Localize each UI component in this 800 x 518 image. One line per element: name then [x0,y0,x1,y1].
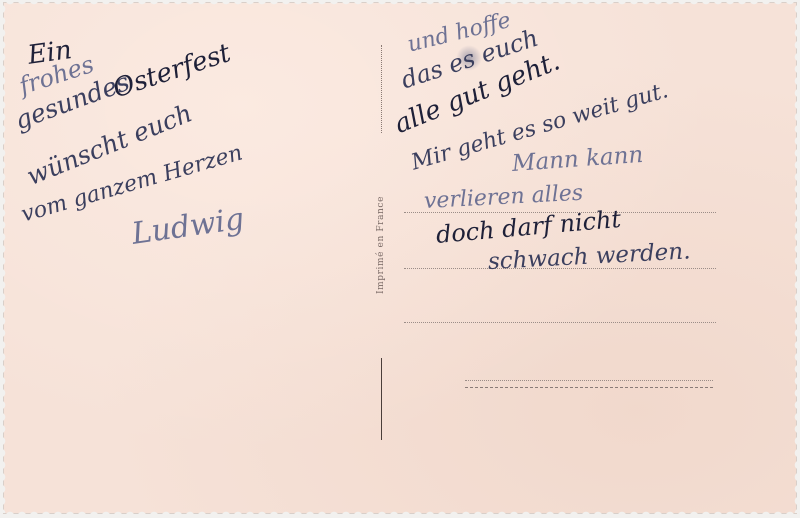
deckled-edge-right [793,3,799,513]
address-line-3 [404,322,716,323]
handwriting-line: Osterfest [109,38,234,104]
handwriting-signature: Ludwig [130,201,247,251]
center-divider-lower [381,358,382,440]
address-line-4 [465,380,713,381]
handwriting-line: Mann kann [511,142,644,177]
deckled-edge-top [4,0,796,6]
center-divider-upper [381,45,383,133]
deckled-edge-left [1,3,7,513]
address-line-4-underline [465,387,713,388]
handwriting-line: verlieren alles [423,181,583,214]
handwriting-line: schwach werden. [487,238,691,275]
imprint-label: Imprimé en France [376,196,386,294]
deckled-edge-bottom [4,510,796,516]
postcard-back: Imprimé en France Ein frohes gesundes Os… [4,3,796,513]
